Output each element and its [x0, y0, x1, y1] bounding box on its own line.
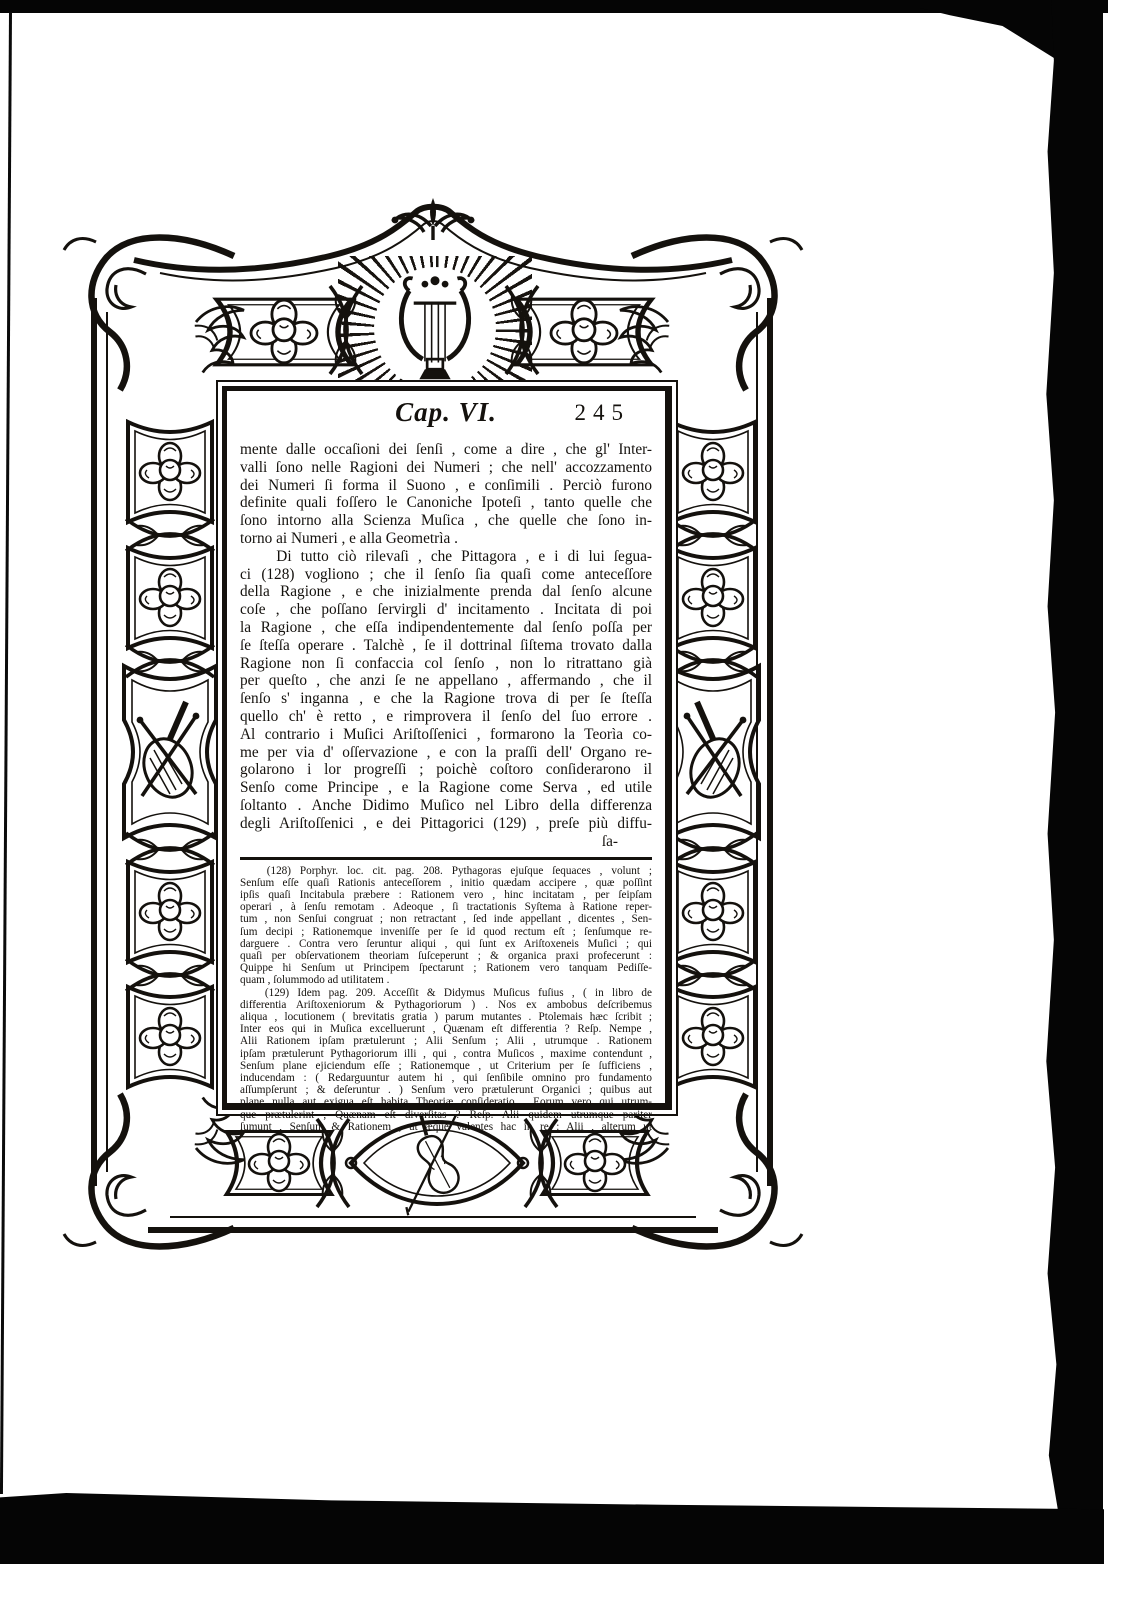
text-line: (128) Porphyr. loc. cit. pag. 208. Pytha…: [240, 865, 652, 877]
text-line: la Ragione , che eſſa indipendentemente …: [240, 619, 652, 637]
text-line: Ragione non ſi confaccia col ſenſo , non…: [240, 655, 652, 673]
text-line: definite quali foſſero le Canoniche Ipot…: [240, 494, 652, 512]
book-page-scan: Cap. VI. 245 mente dalle occaſioni dei ſ…: [0, 0, 1126, 1600]
top-border-band: [217, 198, 652, 379]
text-line: Senſum eſſe quaſi Rationis anteceſſorem …: [240, 877, 652, 889]
lute-icon: [135, 702, 200, 804]
rosette-icon: [140, 1008, 200, 1065]
rosette-icon: [140, 443, 200, 500]
text-line: ſe ſteſſa operare . Talchè , ſe il dottr…: [240, 637, 652, 655]
text-line: quam , ſolummodo ad utilitatem .: [240, 974, 652, 986]
text-line: ci (128) vogliono ; che il ſenſo ſia qua…: [240, 566, 652, 584]
catchword: ſa-: [240, 833, 652, 850]
footnote-128: (128) Porphyr. loc. cit. pag. 208. Pytha…: [240, 865, 652, 987]
right-border-band: [667, 422, 759, 1087]
text-line: quello ch' è retto , e rimprovera il ſen…: [240, 708, 652, 726]
page-header: Cap. VI. 245: [240, 397, 652, 433]
text-line: ipſam prætulerunt Pythagoriorum illi , q…: [240, 1048, 652, 1060]
rosette-icon: [551, 300, 617, 363]
text-line: Di tutto ciò rilevaſi , che Pittagora , …: [240, 548, 652, 566]
text-line: torno ai Numeri , e alla Geometrìa .: [240, 530, 652, 548]
rosette-icon: [249, 1134, 309, 1191]
text-line: Alii Rationem ipſam prætulerunt ; Alii S…: [240, 1035, 652, 1047]
text-line: degli Ariſtoſſenici , e dei Pittagorici …: [240, 815, 652, 833]
left-border-band: [124, 422, 216, 1087]
rosette-icon: [683, 883, 743, 940]
text-line: ſenſo s' inganna , e che la Ragione trov…: [240, 690, 652, 708]
text-line: me per via d' oſſervazione , e con la pr…: [240, 744, 652, 762]
rosette-icon: [140, 569, 200, 626]
text-panel: Cap. VI. 245 mente dalle occaſioni dei ſ…: [222, 386, 672, 1110]
text-line: differentia Ariſtoxeniorum & Pythagorior…: [240, 999, 652, 1011]
text-line: della Ragione , e che inizialmente prend…: [240, 583, 652, 601]
text-line: aſſumpſerunt ; & deſeruntur . ) Senſum v…: [240, 1084, 652, 1096]
lute-icon: [682, 702, 747, 804]
text-line: Al contrario i Muſici Ariſtoſſenici , fo…: [240, 726, 652, 744]
text-line: Senſum plane ejiciendum eſſe ; Rationemq…: [240, 1060, 652, 1072]
text-line: Inter eos qui in Muſica excelluerunt , Q…: [240, 1023, 652, 1035]
text-line: plane nulla aut exigua eſt habita Theori…: [240, 1096, 652, 1108]
text-line: dei Numeri ſi forma il Suono , e conſimi…: [240, 477, 652, 495]
lyre-icon: [401, 276, 468, 379]
rosette-icon: [565, 1134, 625, 1191]
text-line: que prætulerint , Quænam eſt diverſitas …: [240, 1109, 652, 1121]
rosette-icon: [683, 443, 743, 500]
text-line: quaſi per obſervationem theoriam ſuſcepe…: [240, 950, 652, 962]
text-line: ſoltanto . Anche Didimo Muſico nel Libro…: [240, 797, 652, 815]
footnote-129: (129) Idem pag. 209. Acceſſit & Didymus …: [240, 987, 652, 1133]
text-line: mente dalle occaſioni dei ſenſi , come a…: [240, 441, 652, 459]
text-line: (129) Idem pag. 209. Acceſſit & Didymus …: [240, 987, 652, 999]
text-panel-outer-rule: Cap. VI. 245 mente dalle occaſioni dei ſ…: [216, 380, 678, 1116]
text-line: inducendam : ( Redarguuntur autem hi , q…: [240, 1072, 652, 1084]
text-line: golarono i lor progreſſi ; poichè coſtor…: [240, 761, 652, 779]
text-line: ſumunt , Senſum & Rationem , ut æque val…: [240, 1121, 652, 1133]
rosette-icon: [251, 300, 317, 363]
text-line: operari , à ſenſu remotam . Adeoque , ſi…: [240, 901, 652, 913]
text-line: aliqua , locutionem ( brevitatis gratia …: [240, 1011, 652, 1023]
text-line: tum , non Senſui congruat ; non retracta…: [240, 913, 652, 925]
text-line: ſum decipi ; Rationemque inveniſſe per ſ…: [240, 926, 652, 938]
text-line: per queſto , che anzi ſe ne appellano , …: [240, 672, 652, 690]
text-line: ſono intorno alla Scienza Muſica , che q…: [240, 512, 652, 530]
body-text: mente dalle occaſioni dei ſenſi , come a…: [240, 441, 652, 833]
text-line: ipſis quaſi Incitabula præbere : Ratione…: [240, 889, 652, 901]
rosette-icon: [140, 883, 200, 940]
fleur-finial-icon: [392, 198, 475, 240]
page-number: 245: [575, 400, 631, 426]
text-line: valli ſono nelle Ragioni dei Numeri ; ch…: [240, 459, 652, 477]
text-line: Quippe hi Senſum ut Principem ſpectarunt…: [240, 962, 652, 974]
footnote-rule: [240, 857, 652, 860]
rosette-icon: [683, 1008, 743, 1065]
text-line: darguere . Contra vero ſeruntur aliqui ,…: [240, 938, 652, 950]
text-line: Senſo come Principe , e la Ragione come …: [240, 779, 652, 797]
text-line: coſe , che poſſano ſervirgli d' incitame…: [240, 601, 652, 619]
rosette-icon: [683, 569, 743, 626]
